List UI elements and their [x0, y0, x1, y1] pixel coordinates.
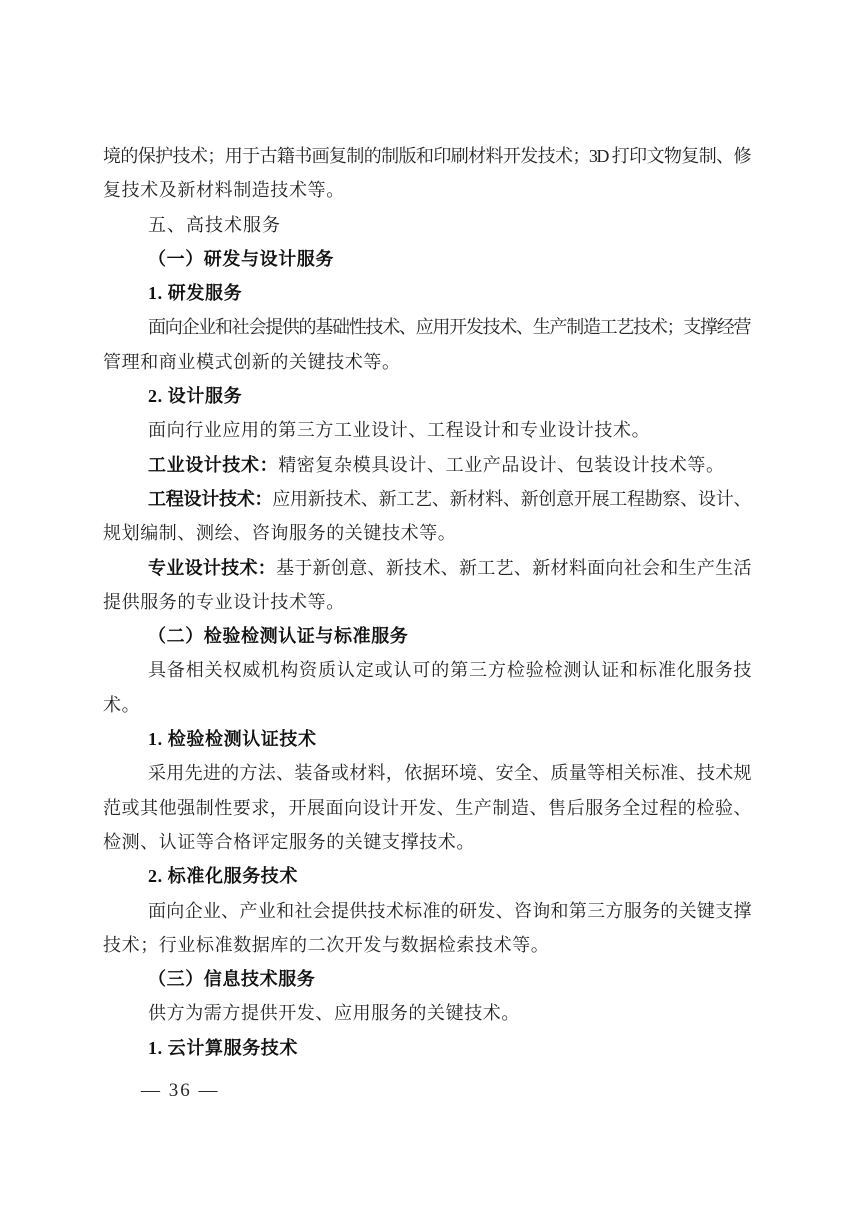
text-line: 2. 设计服务	[103, 379, 750, 413]
line-text: 面向企业和社会提供的基础性技术、应用开发技术、生产制造工艺技术；支撑经营	[148, 317, 750, 337]
document-page: 境的保护技术；用于古籍书画复制的制版和印刷材料开发技术；3D 打印文物复制、修复…	[0, 0, 860, 1216]
line-text: 术。	[103, 695, 140, 715]
line-text: 五、高技术服务	[148, 215, 281, 235]
line-text: 技术；行业标准数据库的二次开发与数据检索技术等。	[103, 935, 549, 955]
text-line: 专业设计技术：基于新创意、新技术、新工艺、新材料面向社会和生产生活	[103, 551, 750, 585]
text-line: 供方为需方提供开发、应用服务的关键技术。	[103, 996, 750, 1030]
line-text: 面向企业、产业和社会提供技术标准的研发、咨询和第三方服务的关键支撑	[148, 901, 750, 921]
text-line: 规划编制、测绘、咨询服务的关键技术等。	[103, 516, 750, 550]
text-line: 工业设计技术：精密复杂模具设计、工业产品设计、包装设计技术等。	[103, 448, 750, 482]
line-text: 基于新创意、新技术、新工艺、新材料面向社会和生产生活	[276, 558, 750, 578]
line-text: 复技术及新材料制造技术等。	[103, 180, 345, 200]
line-text: 1. 检验检测认证技术	[148, 729, 317, 749]
text-line: 技术；行业标准数据库的二次开发与数据检索技术等。	[103, 928, 750, 962]
line-text: 精密复杂模具设计、工业产品设计、包装设计技术等。	[278, 455, 724, 475]
text-line: 管理和商业模式创新的关键技术等。	[103, 345, 750, 379]
line-text: 2. 设计服务	[148, 386, 242, 406]
text-line: 1. 检验检测认证技术	[103, 722, 750, 756]
text-line: 工程设计技术：应用新技术、新工艺、新材料、新创意开展工程勘察、设计、	[103, 482, 750, 516]
page-number: — 36 —	[141, 1080, 220, 1101]
text-line: 2. 标准化服务技术	[103, 859, 750, 893]
text-line: 术。	[103, 688, 750, 722]
text-line: 面向行业应用的第三方工业设计、工程设计和专业设计技术。	[103, 413, 750, 447]
line-text: 面向行业应用的第三方工业设计、工程设计和专业设计技术。	[148, 420, 650, 440]
line-text: 1. 云计算服务技术	[148, 1038, 298, 1058]
line-text: 管理和商业模式创新的关键技术等。	[103, 352, 401, 372]
line-text: 采用先进的方法、装备或材料，依据环境、安全、质量等相关标准、技术规	[148, 763, 750, 783]
page-footer: — 36 —	[141, 1080, 220, 1102]
text-line: 1. 研发服务	[103, 276, 750, 310]
line-text: （一）研发与设计服务	[148, 249, 334, 269]
text-line: 范或其他强制性要求，开展面向设计开发、生产制造、售后服务全过程的检验、	[103, 791, 750, 825]
term-label: 工程设计技术：	[148, 489, 272, 509]
text-line: （一）研发与设计服务	[103, 242, 750, 276]
text-line: 复技术及新材料制造技术等。	[103, 173, 750, 207]
text-line: 采用先进的方法、装备或材料，依据环境、安全、质量等相关标准、技术规	[103, 756, 750, 790]
text-line: 面向企业、产业和社会提供技术标准的研发、咨询和第三方服务的关键支撑	[103, 894, 750, 928]
text-line: 面向企业和社会提供的基础性技术、应用开发技术、生产制造工艺技术；支撑经营	[103, 310, 750, 344]
text-line: 境的保护技术；用于古籍书画复制的制版和印刷材料开发技术；3D 打印文物复制、修	[103, 139, 750, 173]
text-line: （三）信息技术服务	[103, 962, 750, 996]
line-text: 供方为需方提供开发、应用服务的关键技术。	[148, 1003, 520, 1023]
line-text: 规划编制、测绘、咨询服务的关键技术等。	[103, 523, 456, 543]
line-text: 提供服务的专业设计技术等。	[103, 592, 345, 612]
line-text: 1. 研发服务	[148, 283, 242, 303]
term-label: 专业设计技术：	[148, 558, 276, 578]
term-label: 工业设计技术：	[148, 455, 278, 475]
line-text: 2. 标准化服务技术	[148, 866, 298, 886]
line-text: 具备相关权威机构资质认定或认可的第三方检验检测认证和标准化服务技	[148, 660, 750, 680]
text-line: 1. 云计算服务技术	[103, 1031, 750, 1065]
document-body: 境的保护技术；用于古籍书画复制的制版和印刷材料开发技术；3D 打印文物复制、修复…	[103, 139, 750, 1065]
line-text: 检测、认证等合格评定服务的关键支撑技术。	[103, 832, 475, 852]
text-line: 五、高技术服务	[103, 208, 750, 242]
line-text: 应用新技术、新工艺、新材料、新创意开展工程勘察、设计、	[272, 489, 750, 509]
line-text: （二）检验检测认证与标准服务	[148, 626, 408, 646]
line-text: （三）信息技术服务	[148, 969, 315, 989]
line-text: 境的保护技术；用于古籍书画复制的制版和印刷材料开发技术；3D 打印文物复制、修	[103, 146, 750, 166]
text-line: 提供服务的专业设计技术等。	[103, 585, 750, 619]
text-line: 检测、认证等合格评定服务的关键支撑技术。	[103, 825, 750, 859]
text-line: 具备相关权威机构资质认定或认可的第三方检验检测认证和标准化服务技	[103, 653, 750, 687]
text-line: （二）检验检测认证与标准服务	[103, 619, 750, 653]
line-text: 范或其他强制性要求，开展面向设计开发、生产制造、售后服务全过程的检验、	[103, 798, 750, 818]
